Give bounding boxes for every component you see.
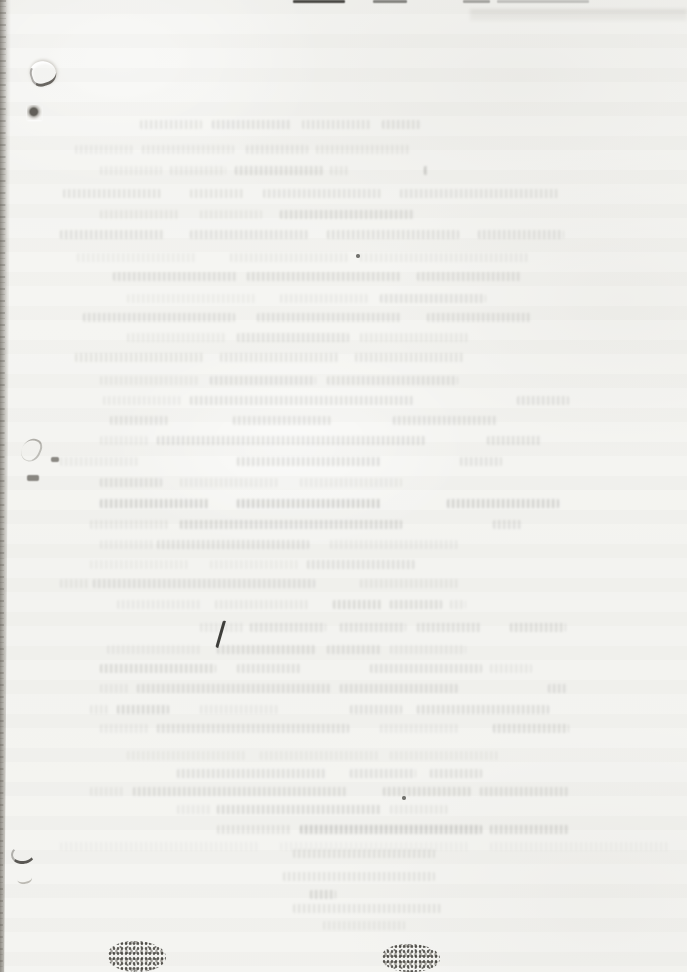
faded-word-segment [417,623,481,632]
illegible-text-line [0,145,687,155]
illegible-text-line [0,540,687,550]
faded-word-segment [210,376,316,385]
faded-word-segment [127,294,255,303]
illegible-text-line [0,478,687,488]
faded-word-segment [75,353,203,362]
faded-word-segment [370,664,482,673]
illegible-text-line [0,499,687,509]
faded-word-segment [157,436,425,445]
faded-word-segment [93,579,315,588]
faded-word-segment [493,724,569,733]
illegible-text-line [0,313,687,323]
faded-word-segment [430,769,482,778]
scan-top-shadow-band [470,9,687,21]
faded-word-segment [60,230,164,239]
faded-word-segment [300,478,402,487]
faded-word-segment [333,600,383,609]
faded-word-segment [300,825,482,834]
faded-word-segment [263,189,381,198]
faded-word-segment [90,560,188,569]
faint-tick-mark [16,871,33,885]
faded-word-segment [450,600,466,609]
faded-word-segment [237,664,302,673]
faded-word-segment [100,166,162,175]
faded-word-segment [360,253,528,262]
illegible-text-line [0,436,687,446]
faded-word-segment [83,313,235,322]
faded-word-segment [490,664,532,673]
illegible-text-line [0,396,687,406]
faded-word-segment [90,705,108,714]
smudge-blob-right [382,944,440,972]
illegible-text-line [0,520,687,530]
faded-word-segment [217,825,291,834]
illegible-text-line [0,684,687,694]
illegible-text-line [0,189,687,199]
faded-word-segment [390,645,466,654]
faded-word-segment [350,705,402,714]
illegible-text-line [0,872,687,882]
ink-speck-lower [402,796,406,800]
faded-word-segment [100,724,148,733]
faded-word-segment [237,499,382,508]
faded-word-segment [100,540,154,549]
faded-word-segment [63,189,161,198]
illegible-text-line [0,579,687,589]
illegible-text-line [0,376,687,386]
faded-word-segment [390,751,498,760]
faded-word-segment [327,645,382,654]
faded-word-segment [190,396,415,405]
faded-word-segment [310,890,336,899]
illegible-text-line [0,645,687,655]
faded-word-segment [293,904,441,913]
faded-word-segment [283,872,435,881]
faded-word-segment [100,376,198,385]
page-edge-dash [373,0,407,3]
faded-word-segment [177,769,325,778]
faded-word-segment [90,520,168,529]
faded-word-segment [427,313,531,322]
faded-word-segment [237,457,382,466]
faded-word-segment [117,600,201,609]
faded-word-segment [90,787,124,796]
faded-word-segment [190,189,245,198]
faded-word-segment [460,457,502,466]
illegible-text-line [0,921,687,931]
faded-word-segment [480,787,568,796]
faded-word-segment [490,825,568,834]
faded-word-segment [390,600,442,609]
faded-word-segment [210,560,298,569]
faded-word-segment [127,751,245,760]
faded-word-segment [400,189,558,198]
faded-word-segment [260,751,378,760]
faded-word-segment [487,436,542,445]
faded-word-segment [350,769,416,778]
faded-word-segment [217,805,381,814]
faded-word-segment [100,499,210,508]
faded-word-segment [280,210,414,219]
staple-curl-mark [27,58,59,90]
scanned-document-page [0,0,687,972]
page-edge-dash [293,0,345,3]
faded-word-segment [330,540,458,549]
faded-word-segment [180,478,278,487]
faded-word-segment [327,230,459,239]
illegible-text-line [0,751,687,761]
faded-word-segment [510,623,566,632]
faded-word-segment [215,600,309,609]
faded-word-segment [424,166,429,175]
faded-word-segment [478,230,564,239]
faded-word-segment [280,294,368,303]
faded-word-segment [246,145,308,154]
faded-word-segment [133,787,348,796]
illegible-text-line [0,787,687,797]
faded-word-segment [100,210,180,219]
illegible-text-line [0,724,687,734]
illegible-text-line [0,664,687,674]
faded-word-segment [117,705,169,714]
faded-word-segment [360,333,468,342]
faded-word-segment [103,396,181,405]
faded-word-segment [100,684,130,693]
faded-word-segment [330,166,350,175]
illegible-text-line [0,230,687,240]
faded-word-segment [302,120,370,129]
faded-word-segment [247,272,402,281]
faded-word-segment [323,921,405,930]
ink-speck-upper [356,254,360,258]
illegible-text-line [0,560,687,570]
faded-word-segment [140,120,202,129]
faded-word-segment [230,253,348,262]
page-edge-dash [497,0,589,3]
faded-word-segment [180,520,402,529]
illegible-text-line [0,333,687,343]
faded-word-segment [235,166,323,175]
faded-word-segment [137,684,332,693]
faded-word-segment [60,457,138,466]
faded-word-segment [177,805,211,814]
faded-word-segment [142,145,234,154]
faded-word-segment [127,333,225,342]
faded-word-segment [316,145,410,154]
faded-word-segment [170,166,226,175]
illegible-text-line [0,705,687,715]
faded-word-segment [113,272,237,281]
illegible-text-line [0,353,687,363]
check-smile-mark [10,844,36,865]
faded-word-segment [293,849,435,858]
faded-word-segment [157,724,349,733]
faded-word-segment [100,436,148,445]
faded-word-segment [157,540,309,549]
faded-word-segment [110,416,168,425]
faded-word-segment [517,396,569,405]
faded-word-segment [75,145,133,154]
faded-word-segment [382,120,420,129]
illegible-text-line [0,769,687,779]
margin-tally-mark [51,457,59,462]
faded-word-segment [447,499,559,508]
faded-word-segment [77,253,195,262]
faded-word-segment [417,272,522,281]
faded-word-segment [100,664,216,673]
faded-word-segment [217,645,315,654]
faded-word-segment [237,333,349,342]
smudge-blob-left [108,941,166,972]
illegible-text-line [0,210,687,220]
faded-word-segment [190,230,308,239]
faded-word-segment [257,313,401,322]
faded-word-segment [250,623,326,632]
illegible-text-line [0,416,687,426]
faded-word-segment [390,805,448,814]
illegible-text-line [0,805,687,815]
faded-word-segment [548,684,568,693]
illegible-text-line [0,294,687,304]
faded-word-segment [493,520,521,529]
illegible-text-line [0,890,687,900]
faded-word-segment [393,416,498,425]
faded-word-segment [100,478,162,487]
faded-word-segment [360,579,458,588]
faded-word-segment [327,376,458,385]
illegible-text-line [0,600,687,610]
illegible-text-line [0,623,687,633]
faded-word-segment [355,353,465,362]
faded-word-segment [200,705,278,714]
faded-word-segment [380,724,458,733]
faded-word-segment [60,579,90,588]
illegible-text-line [0,849,687,859]
faded-word-segment [107,645,201,654]
page-edge-dash [463,0,490,3]
illegible-text-line [0,457,687,467]
margin-dash-mark [27,475,39,481]
faded-word-segment [220,353,338,362]
faded-word-segment [200,210,262,219]
illegible-text-line [0,253,687,263]
illegible-text-line [0,825,687,835]
faded-word-segment [307,560,415,569]
faded-word-segment [380,294,486,303]
illegible-text-line [0,904,687,914]
punch-dot-mark [27,105,42,120]
faded-word-segment [212,120,292,129]
faded-word-segment [340,623,406,632]
illegible-text-line [0,120,687,130]
faded-word-segment [417,705,549,714]
faded-word-segment [233,416,331,425]
illegible-text-line [0,166,687,176]
faded-word-segment [383,787,471,796]
faded-word-segment [340,684,458,693]
illegible-text-line [0,272,687,282]
